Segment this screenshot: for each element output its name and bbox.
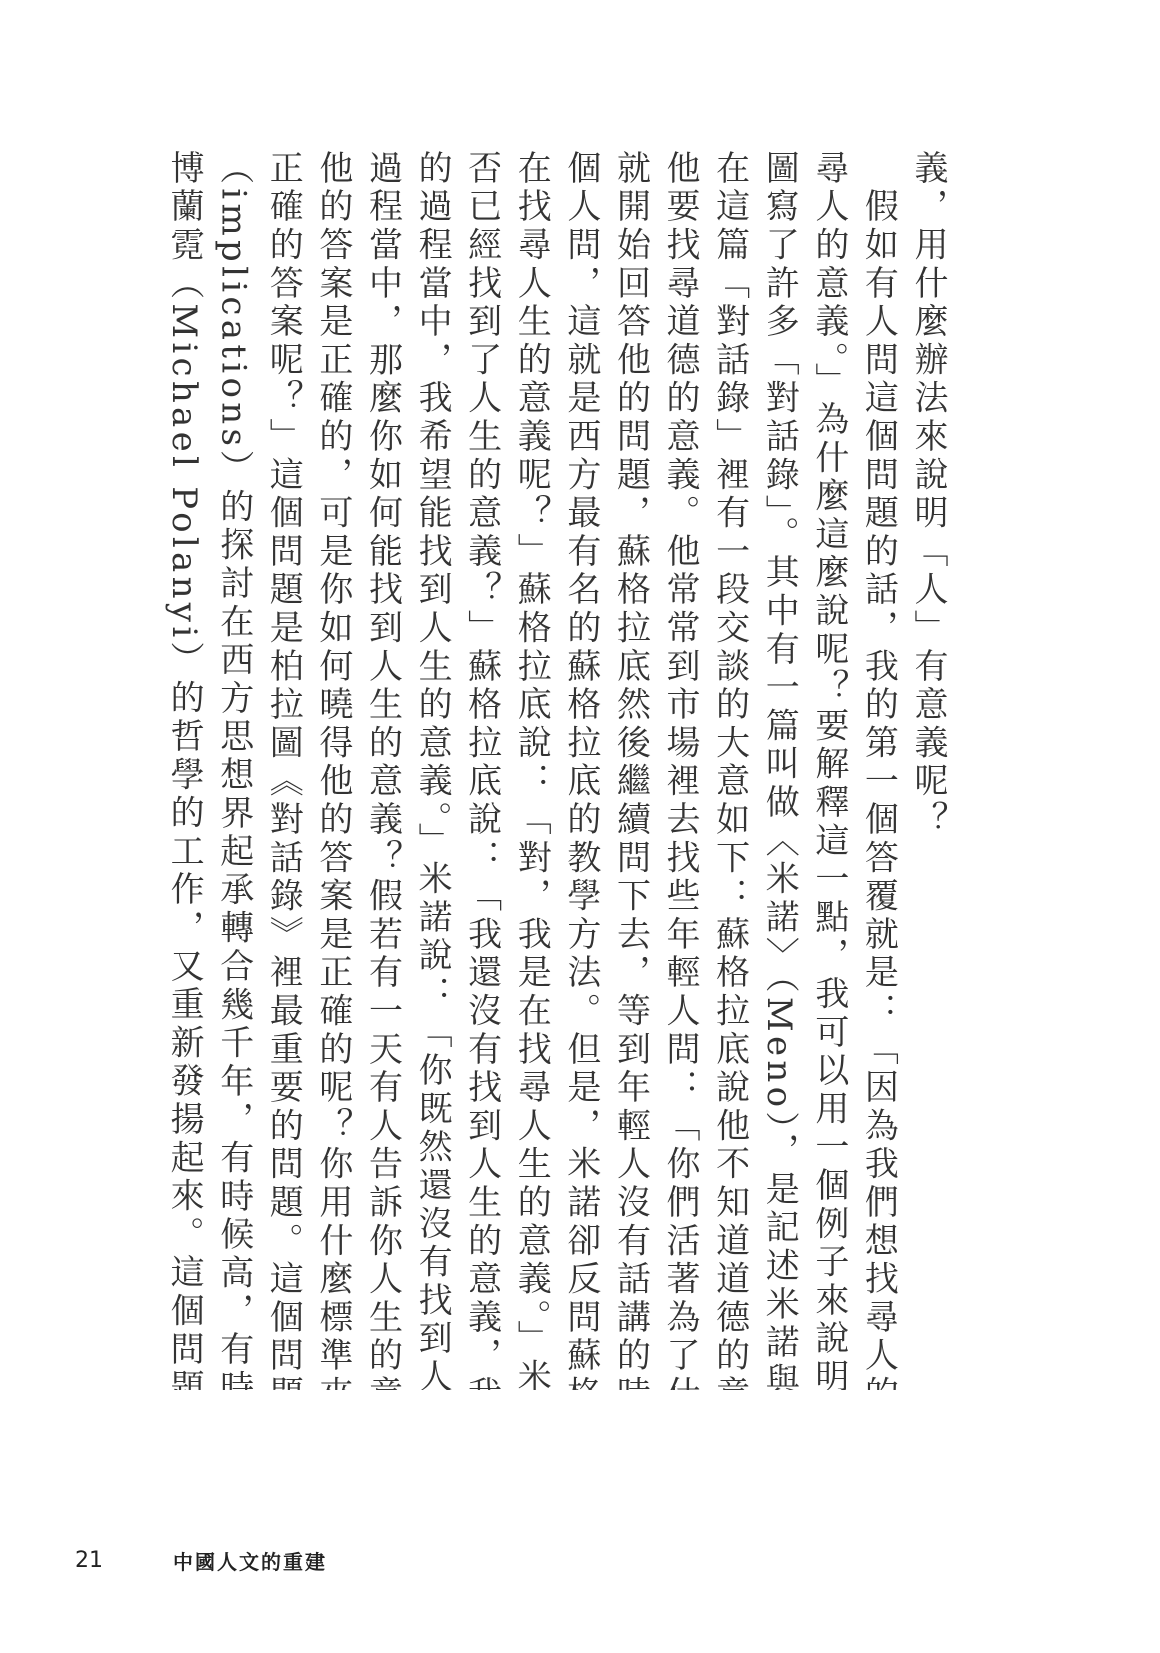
text-column-6: 他要找尋道德的意義。他常常到市場裡去找些年輕人問：「你們活著為了什麼？」有的年輕… [654, 150, 704, 1390]
text-column-13: 他的答案是正確的，可是你如何曉得他的答案是正確的呢？你用什麼標準來衡量，來鑑別那… [307, 150, 357, 1390]
text-column-1: 義，用什麼辦法來說明「人」有意義呢？ [902, 150, 952, 1390]
text-column-11: 的過程當中，我希望能找到人生的意義。」米諾說：「你既然還沒有找到人生的意義，只是… [406, 150, 456, 1390]
vertical-text-body: 義，用什麼辦法來說明「人」有意義呢？ 假如有人問這個問題的話，我的第一個答覆就是… [142, 150, 952, 1390]
text-column-15: （implications）的探討在西方思想界起承轉合幾千年，有時候高，有時候低… [208, 150, 258, 1390]
text-column-14: 正確的答案呢？」這個問題是柏拉圖《對話錄》裡最重要的問題。這個問題的涵義 [258, 150, 308, 1390]
text-column-12: 過程當中，那麼你如何能找到人生的意義？假若有一天有人告訴你人生的意義究竟是什麼，… [357, 150, 407, 1390]
text-column-2: 假如有人問這個問題的話，我的第一個答覆就是：「因為我們想找尋人的意義，所以要找 [853, 150, 903, 1390]
text-column-10: 否已經找到了人生的意義？」蘇格拉底說：「我還沒有找到人生的意義，我正在找尋人生意… [456, 150, 506, 1390]
text-column-7: 就開始回答他的問題，蘇格拉底然後繼續問下去，等到年輕人沒有話講的時候，他就再找另… [605, 150, 655, 1390]
book-page: 義，用什麼辦法來說明「人」有意義呢？ 假如有人問這個問題的話，我的第一個答覆就是… [0, 0, 1160, 1653]
text-column-16: 博蘭霓（Michael Polanyi）的哲學的工作，又重新發揚起來。這個問題的… [159, 150, 209, 1390]
text-column-3: 尋人的意義。」為什麼這麼說呢？要解釋這一點，我可以用一個例子來說明。大家都知道柏… [803, 150, 853, 1390]
text-column-4: 圖寫了許多「對話錄」。其中有一篇叫做〈米諾〉（Meno），是記述米諾與蘇格拉底的… [754, 150, 804, 1390]
text-column-9: 在找尋人生的意義呢？」蘇格拉底說：「對，我是在找尋人生的意義。」米諾問：「你現在… [506, 150, 556, 1390]
page-footer: 21 中國人文的重建 [75, 1546, 327, 1575]
text-column-5: 在這篇「對話錄」裡有一段交談的大意如下：蘇格拉底說他不知道道德的意義是什麼，因此… [704, 150, 754, 1390]
text-column-8: 個人問，這就是西方最有名的蘇格拉底的教學方法。但是，米諾卻反問蘇格拉底：「你是不… [555, 150, 605, 1390]
page-number: 21 [75, 1548, 173, 1573]
book-title: 中國人文的重建 [173, 1546, 327, 1575]
